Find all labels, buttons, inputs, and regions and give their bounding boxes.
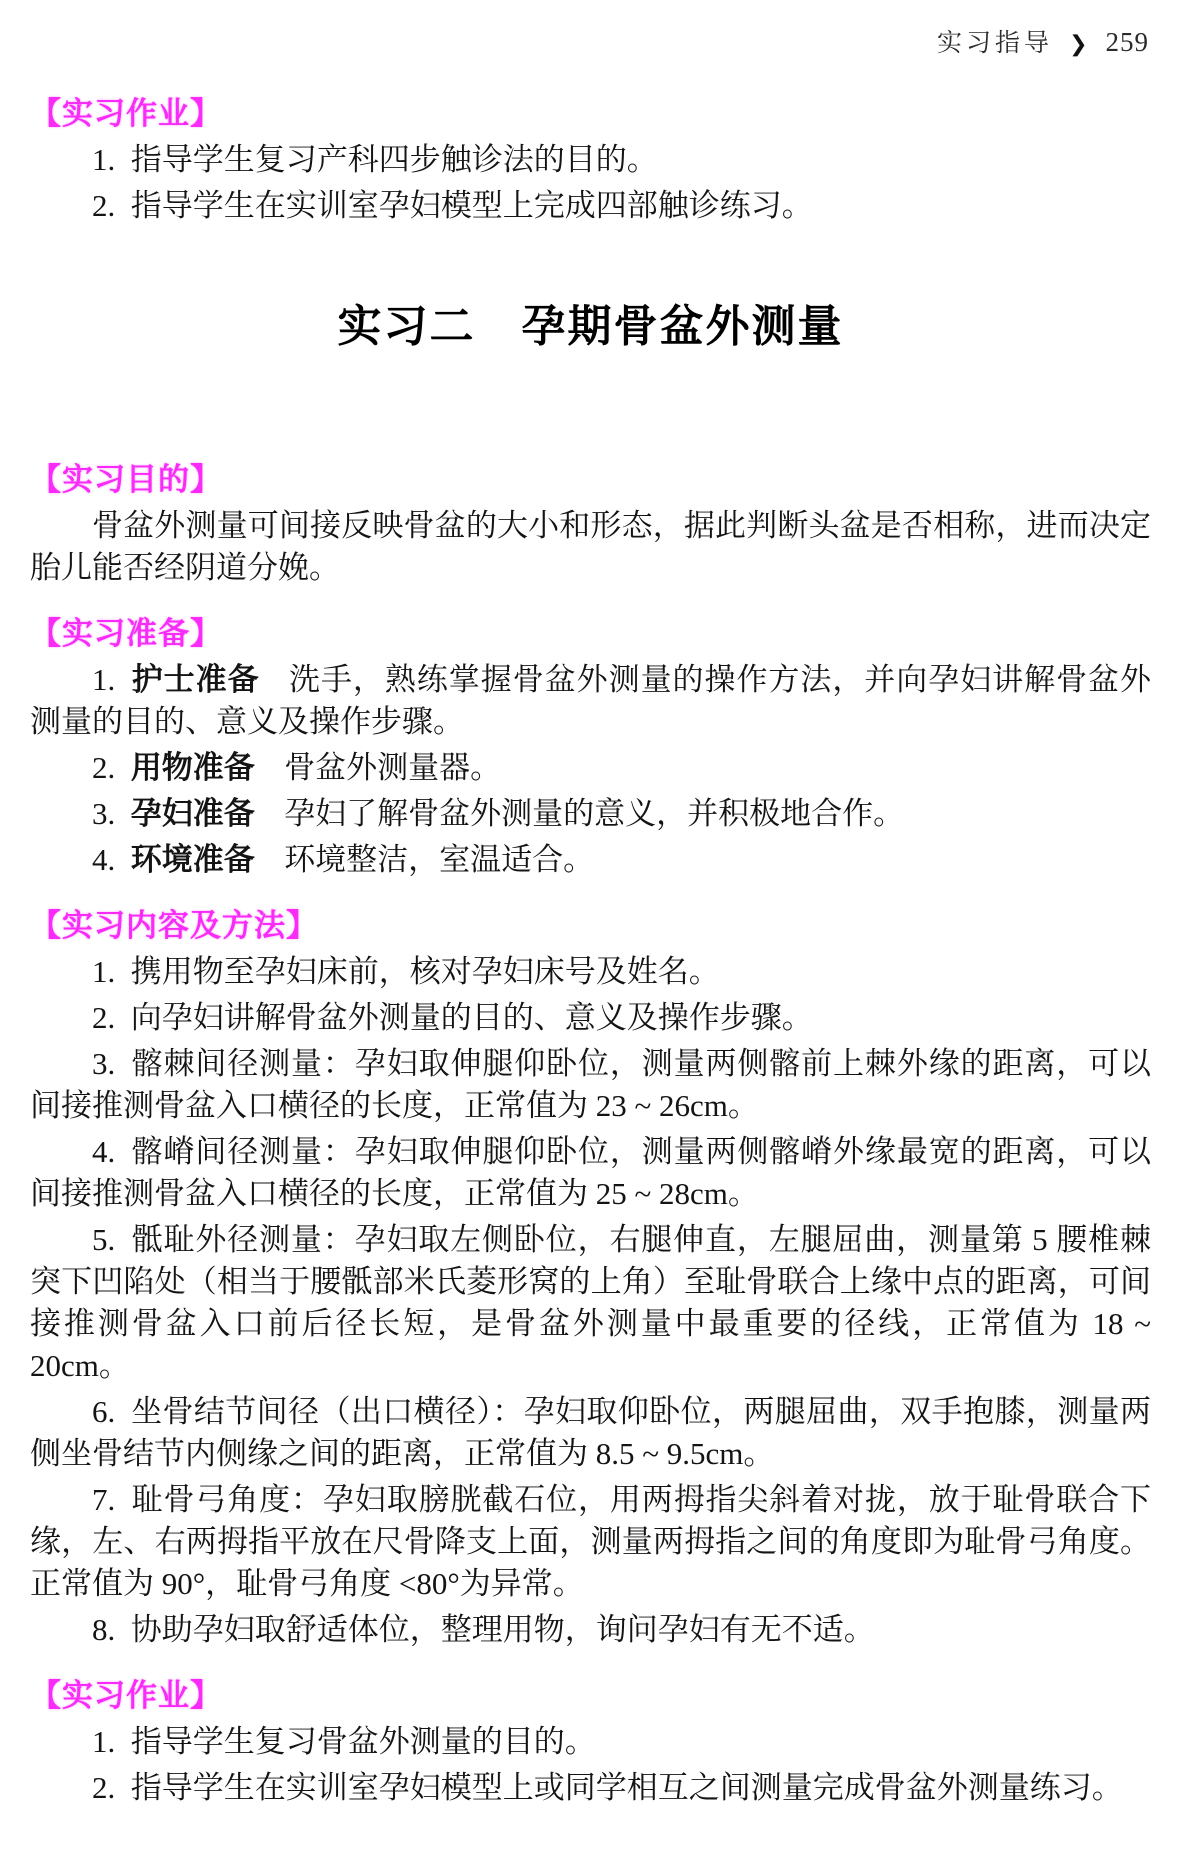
item-number: 1. [92, 954, 115, 989]
item-text: 坐骨结节间径（出口横径）：孕妇取仰卧位，两腿屈曲，双手抱膝，测量两侧坐骨结节内侧… [30, 1394, 1151, 1471]
item-label: 护士准备 [131, 662, 260, 697]
chapter-title: 实习二 孕期骨盆外测量 [30, 301, 1151, 353]
list-item: 3.孕妇准备孕妇了解骨盆外测量的意义，并积极地合作。 [30, 793, 1151, 835]
purpose-paragraph: 骨盆外测量可间接反映骨盆的大小和形态，据此判断头盆是否相称，进而决定胎儿能否经阴… [30, 505, 1151, 589]
item-text: 骨盆外测量器。 [284, 750, 501, 785]
list-item: 2.指导学生在实训室孕妇模型上或同学相互之间测量完成骨盆外测量练习。 [30, 1767, 1151, 1809]
item-text: 指导学生在实训室孕妇模型上完成四部触诊练习。 [131, 188, 813, 223]
list-item: 2.用物准备骨盆外测量器。 [30, 747, 1151, 789]
item-number: 8. [92, 1612, 115, 1647]
item-text: 孕妇了解骨盆外测量的意义，并积极地合作。 [284, 796, 904, 831]
book-page: 实习指导❯259 【实习作业】 1.指导学生复习产科四步触诊法的目的。 2.指导… [0, 0, 1181, 1849]
list-item: 4.环境准备环境整洁，室温适合。 [30, 839, 1151, 881]
list-item: 3.髂棘间径测量：孕妇取伸腿仰卧位，测量两侧髂前上棘外缘的距离，可以间接推测骨盆… [30, 1043, 1151, 1127]
item-number: 6. [92, 1394, 115, 1429]
page-header: 实习指导❯259 [30, 26, 1151, 61]
item-number: 5. [92, 1222, 115, 1257]
list-item: 7.耻骨弓角度：孕妇取膀胱截石位，用两拇指尖斜着对拢，放于耻骨联合下缘，左、右两… [30, 1479, 1151, 1605]
list-item: 8.协助孕妇取舒适体位，整理用物，询问孕妇有无不适。 [30, 1609, 1151, 1651]
item-text: 向孕妇讲解骨盆外测量的目的、意义及操作步骤。 [131, 1000, 813, 1035]
item-label: 环境准备 [131, 842, 255, 877]
item-label: 用物准备 [131, 750, 255, 785]
item-number: 1. [92, 142, 115, 177]
section-heading-purpose: 【实习目的】 [30, 461, 1151, 499]
item-number: 2. [92, 750, 115, 785]
item-text: 指导学生复习骨盆外测量的目的。 [131, 1724, 596, 1759]
item-label: 孕妇准备 [131, 796, 255, 831]
item-text: 环境整洁，室温适合。 [284, 842, 594, 877]
list-item: 2.指导学生在实训室孕妇模型上完成四部触诊练习。 [30, 185, 1151, 227]
item-text: 髂棘间径测量：孕妇取伸腿仰卧位，测量两侧髂前上棘外缘的距离，可以间接推测骨盆入口… [30, 1046, 1151, 1123]
chevron-right-icon: ❯ [1069, 32, 1087, 57]
item-number: 2. [92, 1000, 115, 1035]
item-text: 携用物至孕妇床前，核对孕妇床号及姓名。 [131, 954, 720, 989]
section-prepare: 【实习准备】 1.护士准备洗手，熟练掌握骨盆外测量的操作方法，并向孕妇讲解骨盆外… [30, 615, 1151, 881]
list-item: 5.骶耻外径测量：孕妇取左侧卧位，右腿伸直，左腿屈曲，测量第 5 腰椎棘突下凹陷… [30, 1219, 1151, 1387]
item-text: 骶耻外径测量：孕妇取左侧卧位，右腿伸直，左腿屈曲，测量第 5 腰椎棘突下凹陷处（… [30, 1222, 1151, 1383]
list-item: 1.指导学生复习骨盆外测量的目的。 [30, 1721, 1151, 1763]
item-text: 指导学生在实训室孕妇模型上或同学相互之间测量完成骨盆外测量练习。 [131, 1770, 1123, 1805]
list-item: 6.坐骨结节间径（出口横径）：孕妇取仰卧位，两腿屈曲，双手抱膝，测量两侧坐骨结节… [30, 1391, 1151, 1475]
section-heading-methods: 【实习内容及方法】 [30, 907, 1151, 945]
section-homework-bottom: 【实习作业】 1.指导学生复习骨盆外测量的目的。 2.指导学生在实训室孕妇模型上… [30, 1677, 1151, 1809]
item-number: 7. [92, 1482, 115, 1517]
list-item: 1.护士准备洗手，熟练掌握骨盆外测量的操作方法，并向孕妇讲解骨盆外测量的目的、意… [30, 659, 1151, 743]
item-text: 髂嵴间径测量：孕妇取伸腿仰卧位，测量两侧髂嵴外缘最宽的距离，可以间接推测骨盆入口… [30, 1134, 1151, 1211]
item-text: 指导学生复习产科四步触诊法的目的。 [131, 142, 658, 177]
list-item: 4.髂嵴间径测量：孕妇取伸腿仰卧位，测量两侧髂嵴外缘最宽的距离，可以间接推测骨盆… [30, 1131, 1151, 1215]
item-number: 4. [92, 1134, 115, 1169]
page-number: 259 [1106, 27, 1150, 57]
section-methods: 【实习内容及方法】 1.携用物至孕妇床前，核对孕妇床号及姓名。 2.向孕妇讲解骨… [30, 907, 1151, 1651]
list-item: 1.携用物至孕妇床前，核对孕妇床号及姓名。 [30, 951, 1151, 993]
item-number: 3. [92, 796, 115, 831]
item-number: 1. [92, 1724, 115, 1759]
section-purpose: 【实习目的】 骨盆外测量可间接反映骨盆的大小和形态，据此判断头盆是否相称，进而决… [30, 461, 1151, 589]
item-number: 3. [92, 1046, 115, 1081]
item-text: 耻骨弓角度：孕妇取膀胱截石位，用两拇指尖斜着对拢，放于耻骨联合下缘，左、右两拇指… [30, 1482, 1151, 1601]
item-number: 4. [92, 842, 115, 877]
list-item: 1.指导学生复习产科四步触诊法的目的。 [30, 139, 1151, 181]
section-heading-homework-top: 【实习作业】 [30, 95, 1151, 133]
list-item: 2.向孕妇讲解骨盆外测量的目的、意义及操作步骤。 [30, 997, 1151, 1039]
section-heading-prepare: 【实习准备】 [30, 615, 1151, 653]
running-head-title: 实习指导 [937, 30, 1053, 57]
section-heading-homework-bottom: 【实习作业】 [30, 1677, 1151, 1715]
item-number: 1. [92, 662, 115, 697]
section-homework-top: 【实习作业】 1.指导学生复习产科四步触诊法的目的。 2.指导学生在实训室孕妇模… [30, 95, 1151, 227]
item-text: 协助孕妇取舒适体位，整理用物，询问孕妇有无不适。 [131, 1612, 875, 1647]
item-number: 2. [92, 188, 115, 223]
item-number: 2. [92, 1770, 115, 1805]
